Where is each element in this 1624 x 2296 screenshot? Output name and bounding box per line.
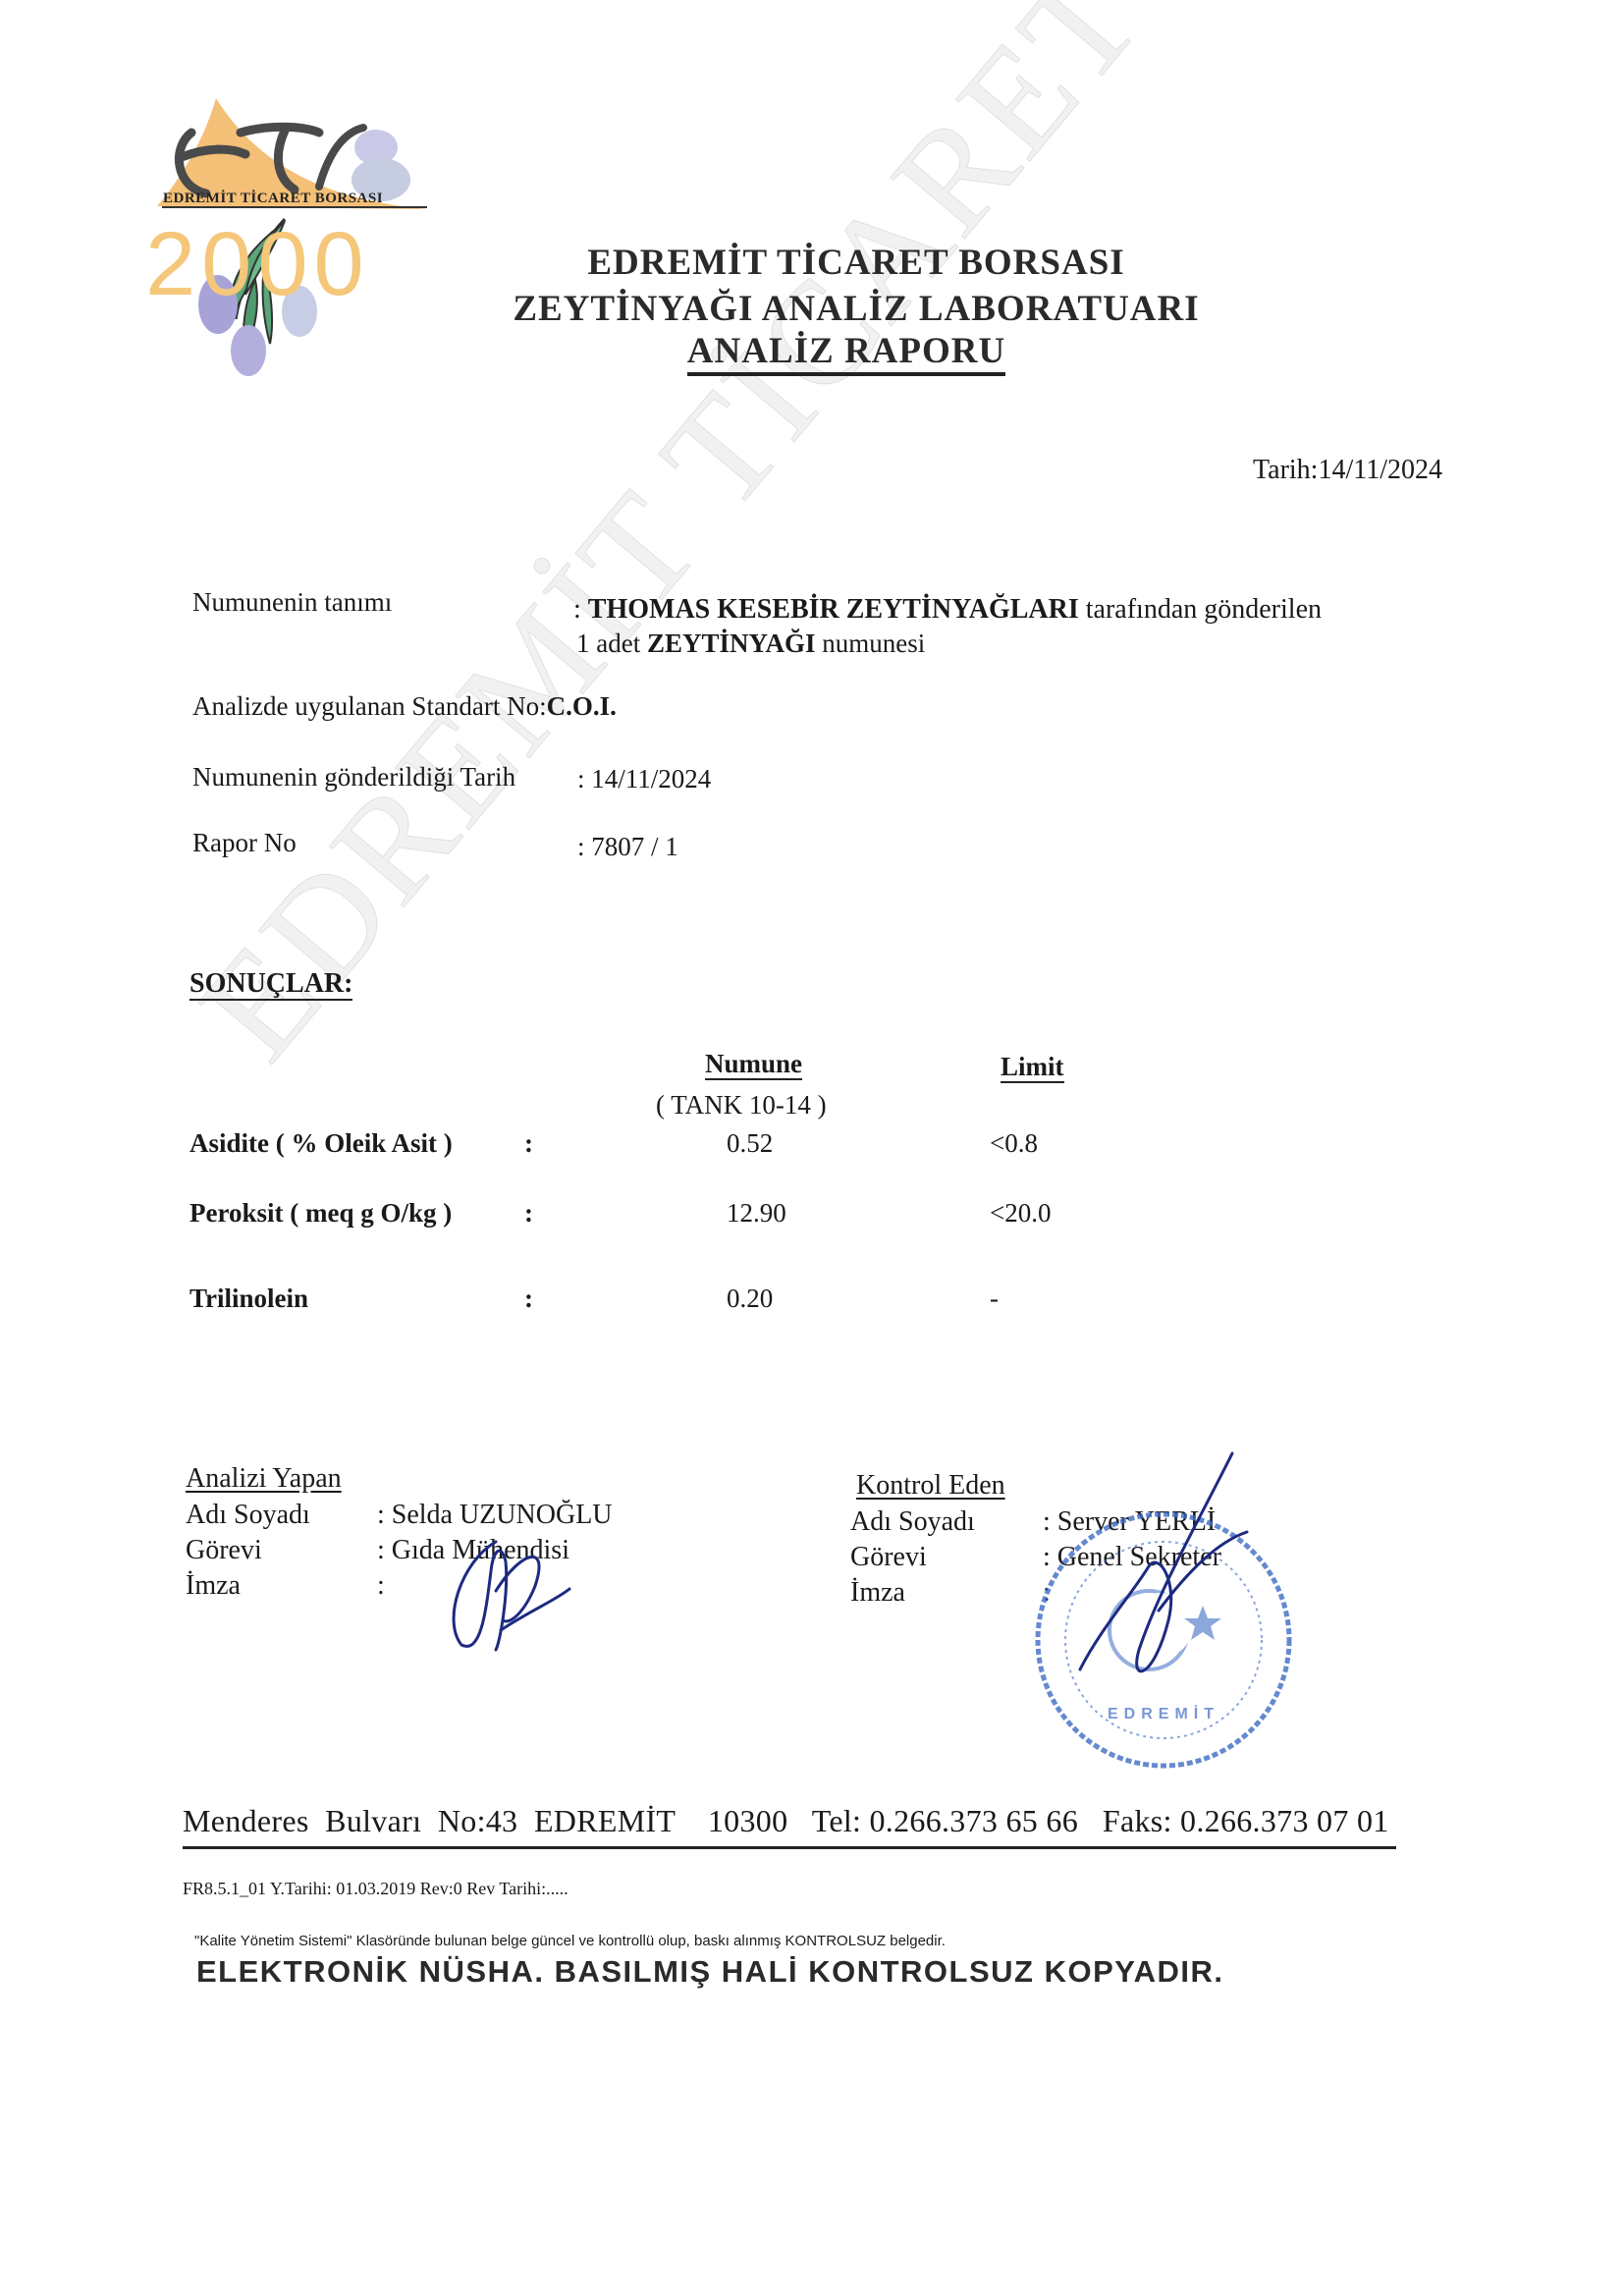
sample-suffix: numunesi (816, 629, 926, 658)
results-title: SONUÇLAR: (189, 968, 352, 1000)
sent-date-value: : 14/11/2024 (577, 764, 711, 794)
org-name: EDREMİT TİCARET BORSASI (0, 242, 1624, 284)
report-no-label: Rapor No (192, 828, 297, 858)
result-row-limit: - (990, 1284, 999, 1314)
sample-description-line2: 1 adet ZEYTİNYAĞI numunesi (576, 629, 925, 659)
result-row-value: 12.90 (727, 1198, 786, 1229)
svg-text:EDREMİT: EDREMİT (1108, 1705, 1219, 1722)
controller-title-text: Kontrol Eden (856, 1470, 1005, 1501)
col-limit-header: Limit (1001, 1052, 1064, 1082)
sample-description-line1: : THOMAS KESEBİR ZEYTİNYAĞLARI tarafında… (573, 594, 1322, 626)
result-row-value: 0.20 (727, 1284, 773, 1314)
sender-name: THOMAS KESEBİR ZEYTİNYAĞLARI (588, 594, 1079, 625)
standard-value: C.O.I. (547, 691, 617, 721)
analyst-title-text: Analizi Yapan (186, 1463, 342, 1494)
report-date: Tarih:14/11/2024 (1253, 455, 1442, 486)
analyst-title: Analizi Yapan (186, 1463, 342, 1495)
col-sample-header: Numune (705, 1049, 802, 1079)
controller-role-label: Görevi (850, 1542, 927, 1573)
result-row-limit: <20.0 (990, 1198, 1051, 1229)
results-title-text: SONUÇLAR: (189, 968, 352, 1001)
standard-label: Analizde uygulanan Standart No: (192, 691, 547, 721)
form-code: FR8.5.1_01 Y.Tarihi: 01.03.2019 Rev:0 Re… (183, 1879, 568, 1899)
sample-description-label: Numunenin tanımı (192, 587, 392, 618)
analyst-role-label: Görevi (186, 1535, 262, 1566)
quality-system-note: "Kalite Yönetim Sistemi" Klasöründe bulu… (194, 1933, 946, 1949)
result-row-limit: <0.8 (990, 1128, 1038, 1159)
controller-name-label: Adı Soyadı (850, 1506, 975, 1538)
electronic-copy-notice: ELEKTRONİK NÜSHA. BASILMIŞ HALİ KONTROLS… (196, 1954, 1224, 1990)
description-prefix: : (573, 594, 588, 625)
analyst-name-value: : Selda UZUNOĞLU (377, 1500, 613, 1531)
sample-type: ZEYTİNYAĞI (647, 629, 816, 658)
result-row-value: 0.52 (727, 1128, 773, 1159)
footer-divider (183, 1846, 1396, 1849)
analyst-signature-icon (442, 1532, 579, 1660)
col-limit-text: Limit (1001, 1052, 1064, 1083)
controller-sign-label: İmza (850, 1577, 905, 1609)
sent-date-label: Numunenin gönderildiği Tarih (192, 762, 515, 793)
analyst-sign-label: İmza (186, 1570, 241, 1602)
standard-row: Analizde uygulanan Standart No:C.O.I. (192, 691, 617, 722)
description-suffix: tarafından gönderilen (1079, 594, 1322, 625)
controller-title: Kontrol Eden (856, 1470, 1005, 1502)
result-row-separator: : (524, 1284, 533, 1314)
result-row-label: Trilinolein (189, 1284, 308, 1314)
report-no-value: : 7807 / 1 (577, 832, 678, 862)
report-title: ANALİZ RAPORU (0, 330, 1624, 372)
analyst-sign-colon: : (377, 1570, 385, 1602)
analyst-name-label: Adı Soyadı (186, 1500, 310, 1531)
lab-name: ZEYTİNYAĞI ANALİZ LABORATUARI (0, 288, 1624, 330)
col-sample-text: Numune (705, 1049, 802, 1080)
result-row-label: Asidite ( % Oleik Asit ) (189, 1128, 453, 1159)
col-sample-subheader: ( TANK 10-14 ) (656, 1090, 827, 1121)
logo-caption: EDREMİT TİCARET BORSASI (163, 191, 383, 207)
result-row-separator: : (524, 1128, 533, 1159)
result-row-separator: : (524, 1198, 533, 1229)
result-row-label: Peroksit ( meq g O/kg ) (189, 1198, 452, 1229)
footer-address: Menderes Bulvarı No:43 EDREMİT 10300 Tel… (183, 1803, 1389, 1839)
controller-signature-icon (1060, 1453, 1257, 1699)
sample-count: 1 adet (576, 629, 647, 658)
report-title-text: ANALİZ RAPORU (687, 331, 1005, 376)
